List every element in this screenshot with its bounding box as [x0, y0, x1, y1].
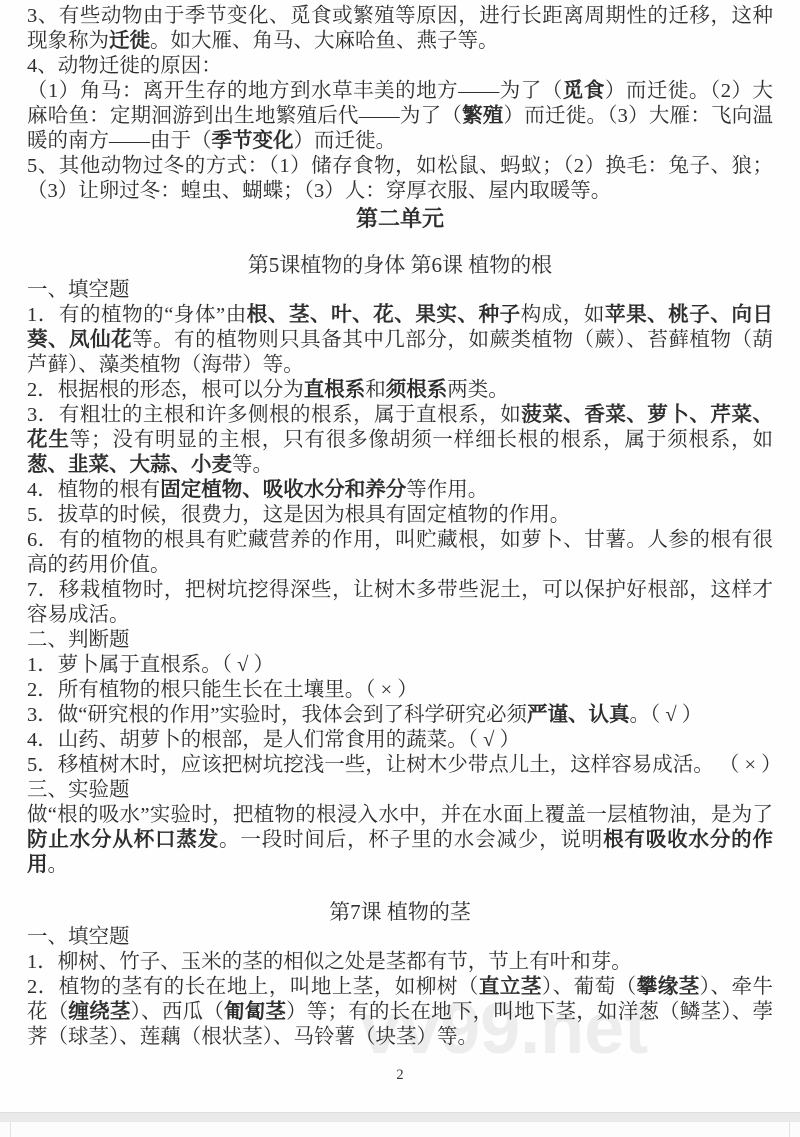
- paragraph: 4．山药、胡萝卜的根部，是人们常食用的蔬菜。（ √ ）: [27, 728, 773, 753]
- next-page-edge: [0, 1122, 800, 1137]
- paragraph: 4、动物迁徙的原因：: [27, 54, 773, 79]
- paragraph: 3、有些动物由于季节变化、觅食或繁殖等原因，进行长距离周期性的迁移，这种现象称为…: [27, 4, 773, 54]
- paragraph: 一、填空题: [27, 278, 773, 303]
- paragraph: 做“根的吸水”实验时，把植物的根浸入水中，并在水面上覆盖一层植物油，是为了防止水…: [27, 803, 773, 878]
- page-edge-line-left: [10, 1122, 11, 1137]
- paragraph: （1）角马：离开生存的地方到水草丰美的地方——为了（觅食）而迁徙。（2）大麻哈鱼…: [27, 79, 773, 154]
- paragraph: 5．移植树木时，应该把树坑挖浅一些，让树木少带点儿土，这样容易成活。 （ × ）: [27, 753, 773, 778]
- paragraph: 1．柳树、竹子、玉米的茎的相似之处是茎都有节，节上有叶和芽。: [27, 950, 773, 975]
- heading: 第5课植物的身体 第6课 植物的根: [27, 253, 773, 278]
- paragraph: 一、填空题: [27, 925, 773, 950]
- document-page: vv99.net 3、有些动物由于季节变化、觅食或繁殖等原因，进行长距离周期性的…: [0, 0, 800, 1112]
- paragraph: 2．根据根的形态，根可以分为直根系和须根系两类。: [27, 378, 773, 403]
- paragraph: 7．移栽植物时，把树坑挖得深些，让树木多带些泥土，可以保护好根部，这样才容易成活…: [27, 578, 773, 628]
- paragraph: 2．植物的茎有的长在地上，叫地上茎，如柳树（直立茎）、葡萄（攀缘茎）、牵牛花（缠…: [27, 975, 773, 1050]
- heading: 第7课 植物的茎: [27, 900, 773, 925]
- page-number: 2: [0, 1067, 800, 1084]
- paragraph: 5、其他动物过冬的方式：（1）储存食物，如松鼠、蚂蚁；（2）换毛：兔子、狼；（3…: [27, 154, 773, 204]
- paragraph: 二、判断题: [27, 628, 773, 653]
- paragraph: 5．拔草的时候，很费力，这是因为根具有固定植物的作用。: [27, 503, 773, 528]
- paragraph: 4．植物的根有固定植物、吸收水分和养分等作用。: [27, 478, 773, 503]
- paragraph: 2．所有植物的根只能生长在土壤里。（ × ）: [27, 678, 773, 703]
- paragraph: 6．有的植物的根具有贮藏营养的作用，叫贮藏根，如萝卜、甘薯。人参的根有很高的药用…: [27, 528, 773, 578]
- page-edge-line-right: [789, 1122, 790, 1137]
- paragraph: 3．做“研究根的作用”实验时，我体会到了科学研究必须严谨、认真。（ √ ）: [27, 703, 773, 728]
- paragraph: 1．萝卜属于直根系。（ √ ）: [27, 653, 773, 678]
- document-body: 3、有些动物由于季节变化、觅食或繁殖等原因，进行长距离周期性的迁移，这种现象称为…: [0, 0, 800, 1050]
- paragraph: 1．有的植物的“身体”由根、茎、叶、花、果实、种子构成，如苹果、桃子、向日葵、凤…: [27, 303, 773, 378]
- heading: 第二单元: [27, 206, 773, 231]
- page-bottom-gap: [0, 1112, 800, 1122]
- paragraph: 3．有粗壮的主根和许多侧根的根系，属于直根系，如菠菜、香菜、萝卜、芹菜、花生等；…: [27, 403, 773, 478]
- paragraph: 三、实验题: [27, 778, 773, 803]
